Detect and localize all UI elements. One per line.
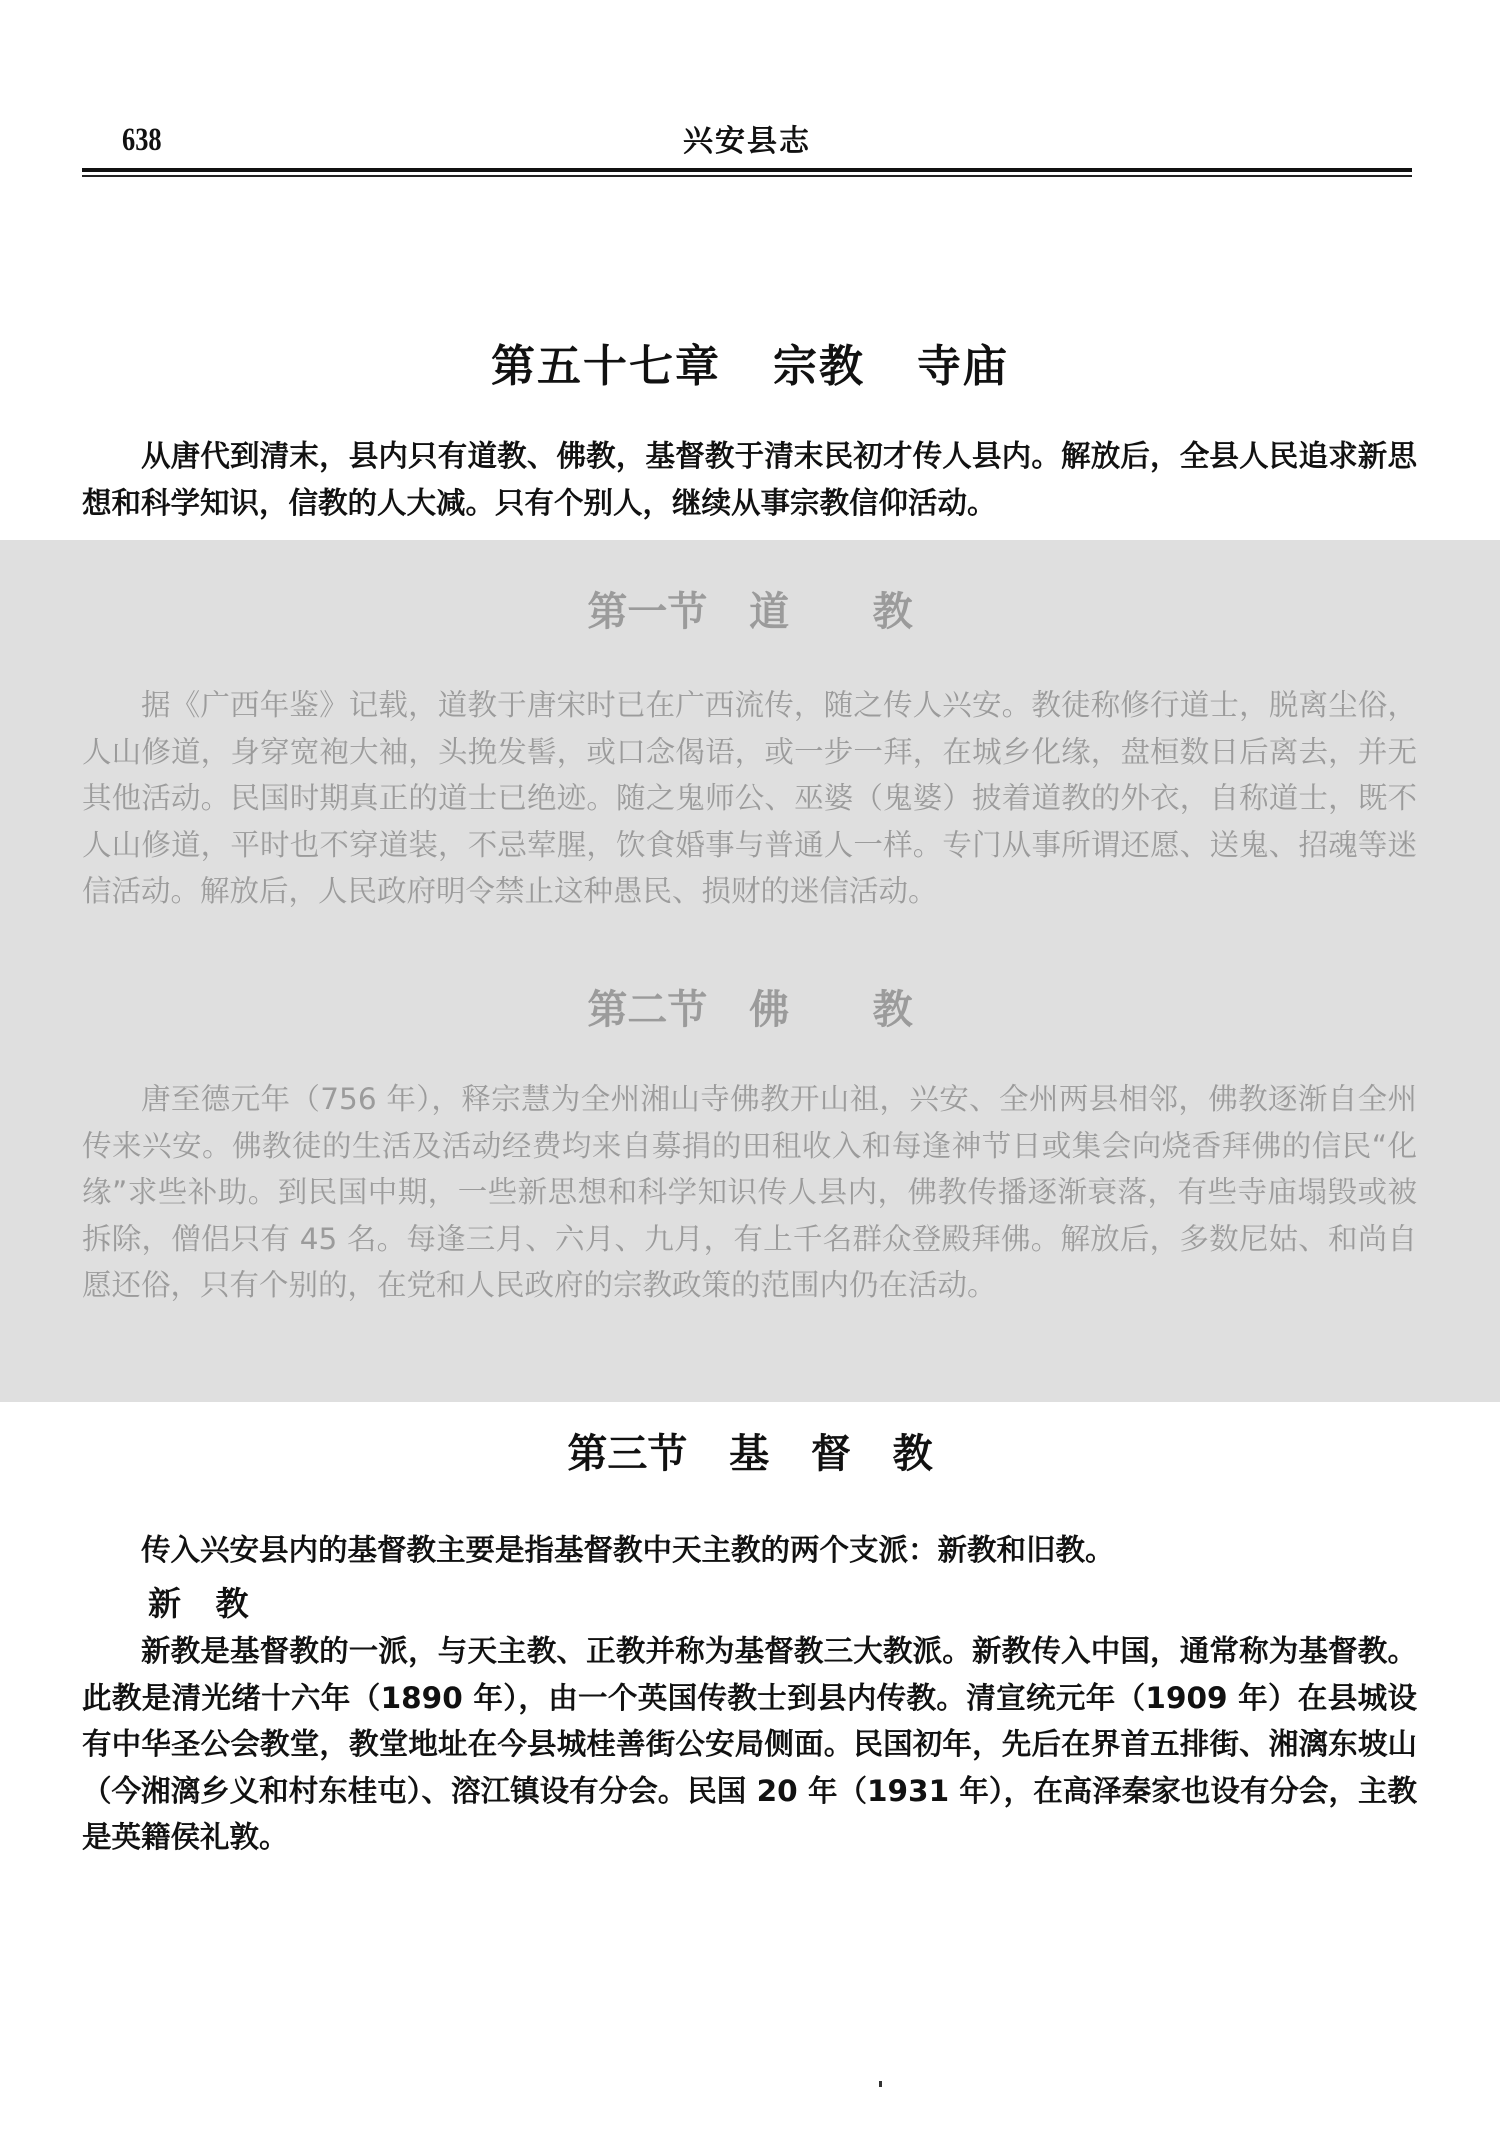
chapter-title: 第五十七章 宗教 寺庙 — [0, 330, 1500, 394]
header-rule-thin — [82, 175, 1412, 177]
section-title-christianity: 第三节 基 督 教 — [0, 1422, 1500, 1479]
section-paragraph-buddhism: 唐至德元年（756 年），释宗慧为全州湘山寺佛教开山祖，兴安、全州两县相邻，佛教… — [82, 1076, 1417, 1309]
scan-speck — [879, 2081, 882, 2087]
running-header: 638 兴安县志 — [84, 108, 1410, 158]
book-title: 兴安县志 — [84, 116, 1410, 160]
header-rule-thick — [82, 168, 1412, 172]
section-paragraph-protestantism: 新教是基督教的一派，与天主教、正教并称为基督教三大教派。新教传入中国，通常称为基… — [82, 1628, 1417, 1861]
section-title-buddhism: 第二节 佛 教 — [0, 978, 1500, 1035]
subheading-protestantism: 新 教 — [148, 1578, 248, 1625]
section-paragraph-taoism: 据《广西年鉴》记载，道教于唐宋时已在广西流传，随之传人兴安。教徒称修行道士，脱离… — [82, 682, 1417, 915]
section-intro-christianity: 传入兴安县内的基督教主要是指基督教中天主教的两个支派：新教和旧教。 — [82, 1527, 1417, 1574]
section-title-taoism: 第一节 道 教 — [0, 580, 1500, 637]
chapter-intro-paragraph: 从唐代到清末，县内只有道教、佛教，基督教于清末民初才传人县内。解放后，全县人民追… — [82, 433, 1417, 526]
